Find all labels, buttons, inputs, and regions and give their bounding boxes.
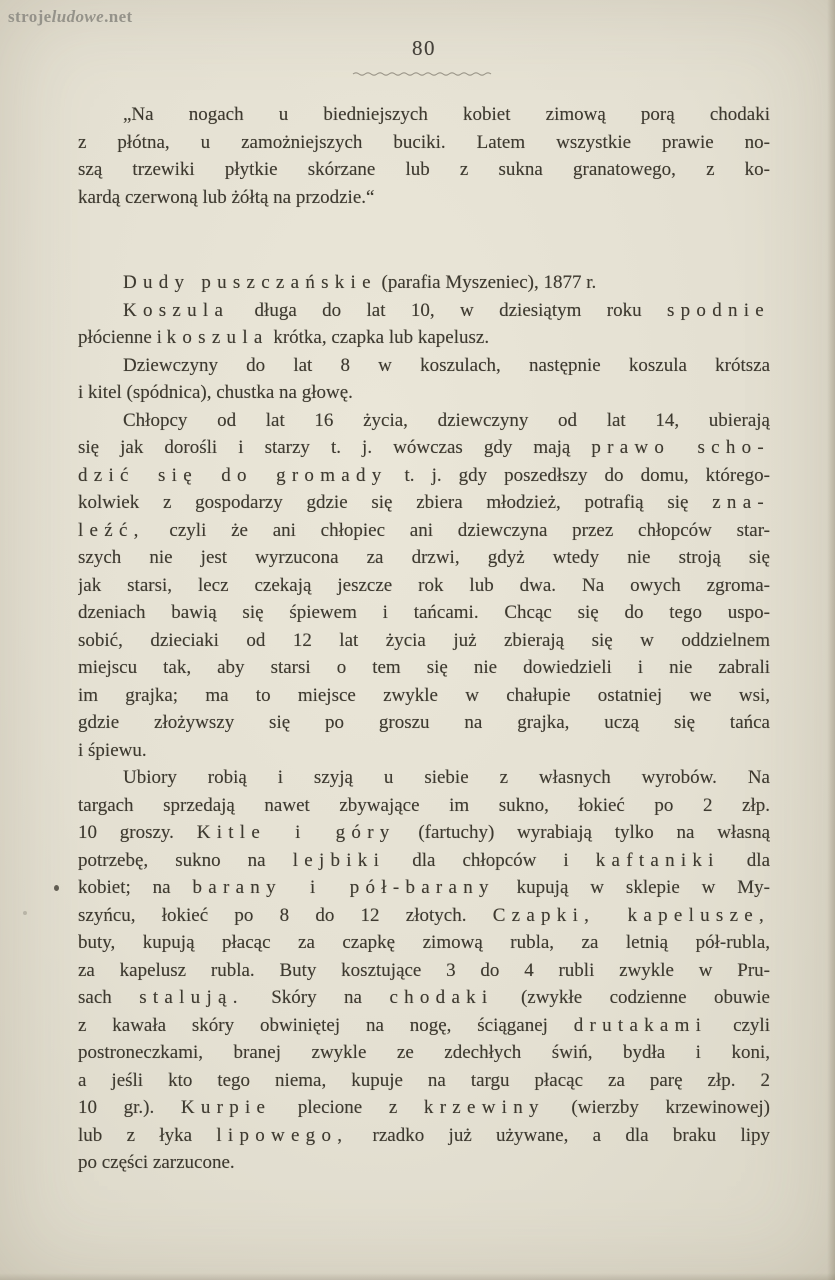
- text-run: kobiet; na: [78, 877, 193, 898]
- text-run: dla: [720, 850, 770, 871]
- text-run: „Na nogach u biedniejszych kobiet zimową…: [123, 104, 770, 125]
- text-run: kupują w sklepie w My-: [495, 877, 770, 898]
- text-line: szych nie jest wyrzucona za drzwi, gdyż …: [78, 544, 770, 572]
- letterspaced-emphasis: barany i pół-barany: [193, 877, 495, 898]
- text-run: Ubiory robią i szyją u siebie z własnych…: [123, 767, 770, 788]
- text-line: dzeniach bawią się śpiewem i tańcami. Ch…: [78, 599, 770, 627]
- watermark-text-bold: stroje: [8, 7, 52, 26]
- text-line: a jeśli kto tego niema, kupuje na targu …: [78, 1067, 770, 1095]
- text-run: Dziewczyny do lat 8 w koszulach, następn…: [123, 355, 770, 376]
- text-run: płócienne i: [78, 327, 167, 348]
- text-line: Koszula długa do lat 10, w dziesiątym ro…: [78, 297, 770, 325]
- text-line: Dudy puszczańskie (parafia Myszeniec), 1…: [78, 269, 770, 297]
- text-line: dzić się do gromady t. j. gdy poszedłszy…: [78, 462, 770, 490]
- text-run: t. j. gdy poszedłszy do domu, którego-: [388, 465, 771, 486]
- letterspaced-emphasis: lejbiki: [293, 850, 385, 871]
- text-run: i kitel (spódnica), chustka na głowę.: [78, 382, 353, 403]
- watermark-text-suffix: .net: [104, 7, 133, 26]
- letterspaced-emphasis: krzewiny: [424, 1097, 545, 1118]
- text-run: miejscu tak, aby starsi o tem się nie do…: [78, 657, 770, 678]
- text-run: za kapelusz rubla. Buty kosztujące 3 do …: [78, 960, 770, 981]
- letterspaced-emphasis: Dudy puszczańskie: [123, 272, 377, 293]
- text-line: Chłopcy od lat 16 życia, dziewczyny od l…: [78, 407, 770, 435]
- paragraph-gap: [78, 211, 770, 269]
- wavy-divider-icon: [352, 69, 494, 79]
- letterspaced-emphasis: dzić się do gromady: [78, 465, 388, 486]
- text-run: czyli: [707, 1015, 770, 1036]
- text-line: leźć, czyli że ani chłopiec ani dziewczy…: [78, 517, 770, 545]
- text-run: potrzebę, sukno na: [78, 850, 293, 871]
- letterspaced-emphasis: zna-: [712, 492, 770, 513]
- text-line: z kawała skóry obwiniętej na nogę, ściąg…: [78, 1012, 770, 1040]
- watermark-text-italic: ludowe: [52, 7, 104, 26]
- text-line: buty, kupują płacąc za czapkę zimową rub…: [78, 929, 770, 957]
- text-line: potrzebę, sukno na lejbiki dla chłopców …: [78, 847, 770, 875]
- text-line: 10 gr.). Kurpie plecione z krzewiny (wie…: [78, 1094, 770, 1122]
- text-run: targach sprzedają nawet zbywające im suk…: [78, 795, 770, 816]
- text-line: targach sprzedają nawet zbywające im suk…: [78, 792, 770, 820]
- letterspaced-emphasis: kaftaniki: [596, 850, 720, 871]
- text-run: szych nie jest wyrzucona za drzwi, gdyż …: [78, 547, 770, 568]
- letterspaced-emphasis: stalują.: [139, 987, 244, 1008]
- text-run: Skóry na: [244, 987, 390, 1008]
- text-line: „Na nogach u biedniejszych kobiet zimową…: [78, 101, 770, 129]
- text-run: buty, kupują płacąc za czapkę zimową rub…: [78, 932, 770, 953]
- text-run: (parafia Myszeniec), 1877 r.: [377, 272, 596, 293]
- watermark: strojeludowe.net: [8, 7, 133, 27]
- text-run: krótka, czapka lub kapelusz.: [269, 327, 490, 348]
- text-line: i kitel (spódnica), chustka na głowę.: [78, 379, 770, 407]
- text-run: szyńcu, łokieć po 8 do 12 złotych.: [78, 905, 493, 926]
- letterspaced-emphasis: spodnie: [667, 300, 770, 321]
- text-run: dla chłopców i: [385, 850, 596, 871]
- text-line: im grajka; ma to miejsce zwykle w chałup…: [78, 682, 770, 710]
- letterspaced-emphasis: lipowego,: [216, 1125, 348, 1146]
- text-run: się jak dorośli i starzy t. j. wówczas g…: [78, 437, 591, 458]
- text-run: kardą czerwoną lub żółtą na przodzie.“: [78, 187, 374, 208]
- text-run: 10 gr.).: [78, 1097, 181, 1118]
- text-line: szą trzewiki płytkie skórzane lub z sukn…: [78, 156, 770, 184]
- letterspaced-emphasis: leźć,: [78, 520, 145, 541]
- text-run: rzadko już używane, a dla braku lipy: [348, 1125, 770, 1146]
- text-line: 10 groszy. Kitle i góry (fartuchy) wyrab…: [78, 819, 770, 847]
- text-line: kolwiek z gospodarzy gdzie się zbiera mł…: [78, 489, 770, 517]
- text-run: Chłopcy od lat 16 życia, dziewczyny od l…: [123, 410, 770, 431]
- text-line: i śpiewu.: [78, 737, 770, 765]
- page-number: 80: [78, 36, 770, 61]
- text-run: gdzie złożywszy się po groszu na grajka,…: [78, 712, 770, 733]
- text-line: kardą czerwoną lub żółtą na przodzie.“: [78, 184, 770, 212]
- text-run: im grajka; ma to miejsce zwykle w chałup…: [78, 685, 770, 706]
- letterspaced-emphasis: Koszula: [123, 300, 229, 321]
- text-run: sobić, dzieciaki od 12 lat życia już zbi…: [78, 630, 770, 651]
- text-run: sach: [78, 987, 139, 1008]
- text-run: z kawała skóry obwiniętej na nogę, ściąg…: [78, 1015, 574, 1036]
- text-line: sach stalują. Skóry na chodaki (zwykłe c…: [78, 984, 770, 1012]
- text-run: postroneczkami, branej zwykle ze zdechły…: [78, 1042, 770, 1063]
- letterspaced-emphasis: prawo scho-: [591, 437, 770, 458]
- text-run: a jeśli kto tego niema, kupuje na targu …: [78, 1070, 770, 1091]
- text-run: (zwykłe codzienne obuwie: [493, 987, 770, 1008]
- letterspaced-emphasis: koszula: [167, 327, 269, 348]
- text-line: za kapelusz rubla. Buty kosztujące 3 do …: [78, 957, 770, 985]
- text-run: kolwiek z gospodarzy gdzie się zbiera mł…: [78, 492, 712, 513]
- text-line: się jak dorośli i starzy t. j. wówczas g…: [78, 434, 770, 462]
- text-line: lub z łyka lipowego, rzadko już używane,…: [78, 1122, 770, 1150]
- ink-speck: [54, 885, 59, 891]
- text-line: Ubiory robią i szyją u siebie z własnych…: [78, 764, 770, 792]
- text-line: miejscu tak, aby starsi o tem się nie do…: [78, 654, 770, 682]
- page-edge-shadow-bottom: [0, 1273, 835, 1280]
- text-run: długa do lat 10, w dziesiątym roku: [229, 300, 667, 321]
- text-line: z płótna, u zamożniejszych buciki. Latem…: [78, 129, 770, 157]
- text-run: z płótna, u zamożniejszych buciki. Latem…: [78, 132, 770, 153]
- letterspaced-emphasis: Czapki, kapelusze,: [493, 905, 770, 926]
- letterspaced-emphasis: Kitle i góry: [197, 822, 396, 843]
- text-run: czyli że ani chłopiec ani dziewczyna prz…: [145, 520, 770, 541]
- text-line: sobić, dzieciaki od 12 lat życia już zbi…: [78, 627, 770, 655]
- text-run: (wierzby krzewinowej): [545, 1097, 770, 1118]
- letterspaced-emphasis: drutakami: [574, 1015, 707, 1036]
- text-run: jak starsi, lecz czekają jeszcze rok lub…: [78, 575, 770, 596]
- text-block: „Na nogach u biedniejszych kobiet zimową…: [78, 101, 770, 1177]
- text-line: gdzie złożywszy się po groszu na grajka,…: [78, 709, 770, 737]
- text-run: lub z łyka: [78, 1125, 216, 1146]
- letterspaced-emphasis: chodaki: [389, 987, 493, 1008]
- page-edge-shadow-right: [827, 0, 835, 1280]
- text-line: jak starsi, lecz czekają jeszcze rok lub…: [78, 572, 770, 600]
- text-run: szą trzewiki płytkie skórzane lub z sukn…: [78, 159, 770, 180]
- text-line: kobiet; na barany i pół-barany kupują w …: [78, 874, 770, 902]
- text-run: 10 groszy.: [78, 822, 197, 843]
- text-run: i śpiewu.: [78, 740, 147, 761]
- text-run: dzeniach bawią się śpiewem i tańcami. Ch…: [78, 602, 770, 623]
- text-line: po części zarzucone.: [78, 1149, 770, 1177]
- letterspaced-emphasis: Kurpie: [181, 1097, 271, 1118]
- text-line: szyńcu, łokieć po 8 do 12 złotych. Czapk…: [78, 902, 770, 930]
- text-line: postroneczkami, branej zwykle ze zdechły…: [78, 1039, 770, 1067]
- text-run: (fartuchy) wyrabiają tylko na własną: [396, 822, 770, 843]
- scanned-page: strojeludowe.net 80 „Na nogach u biednie…: [0, 0, 835, 1280]
- text-line: Dziewczyny do lat 8 w koszulach, następn…: [78, 352, 770, 380]
- text-run: plecione z: [271, 1097, 424, 1118]
- ink-speck: [23, 911, 27, 915]
- text-line: płócienne i koszula krótka, czapka lub k…: [78, 324, 770, 352]
- text-run: po części zarzucone.: [78, 1152, 235, 1173]
